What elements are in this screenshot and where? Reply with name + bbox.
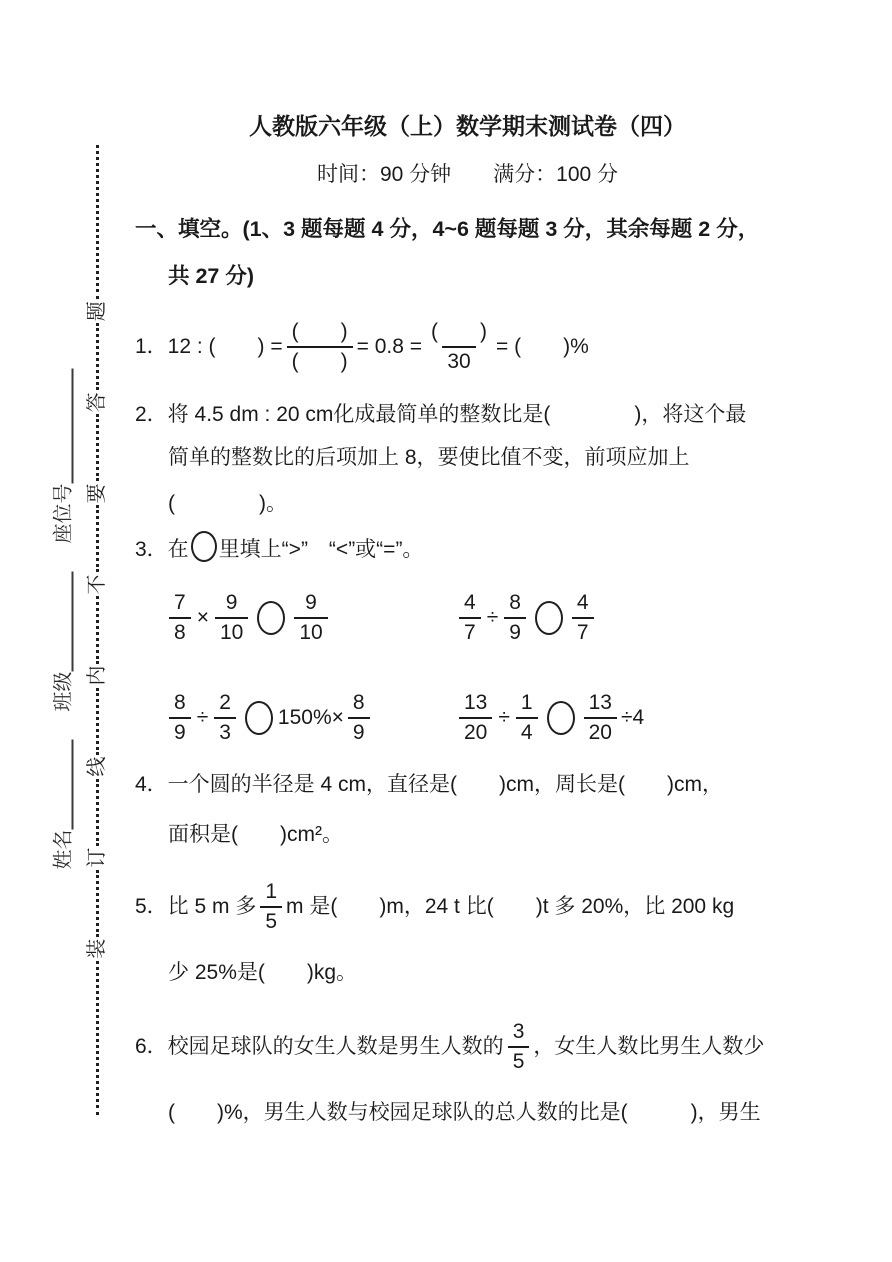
fraction-numerator: 4 [572,591,594,617]
dotted-segment [96,961,99,1115]
fraction-numerator: 4 [459,591,481,617]
question-5-line1: 5．比 5 m 多 1 5 m 是( )m，24 t 比( )t 多 20%，比… [135,876,734,938]
fraction: 1 5 [260,880,282,934]
binding-char: 不 [87,574,107,594]
fraction-numerator: 2 [214,691,236,717]
binding-fields: 姓名 班级 座位号 [50,365,76,870]
operator: ÷ [487,603,499,633]
operator: ÷ [197,703,209,733]
field-label-name: 姓名 [52,830,76,870]
dotted-segment [96,323,99,390]
binding-char: 要 [87,483,107,503]
fraction-denominator: 9 [348,717,370,745]
question-4-line2: 面积是( )cm²。 [168,820,343,850]
fraction-denominator: 5 [508,1046,530,1074]
comparison-item-3: 8 9 ÷ 2 3 150%× 8 9 [165,686,374,750]
class-underline [68,572,74,672]
question-2-line2: 简单的整数比的后项加上 8，要使比值不变，前项应加上 [168,443,690,473]
question-6-line2: ( )%，男生人数与校园足球队的总人数的比是( )，男生 [168,1098,761,1128]
binding-char: 订 [87,848,107,868]
fraction: 9 10 [294,591,327,645]
fraction: 4 7 [459,591,481,645]
q3-stem-post: 里填上“>” “<”或“=”。 [219,535,424,565]
comparison-circle [191,531,217,562]
section-heading-line2: 共 27 分) [168,261,254,292]
dotted-segment [96,779,99,846]
fraction-denominator: 8 [169,617,191,645]
dotted-segment [96,870,99,937]
q6-pre: 6．校园足球队的女生人数是男生人数的 [135,1032,504,1062]
fraction-numerator: ( ) [287,320,353,346]
comparison-circle [547,701,575,735]
fraction-denominator: 20 [584,717,617,745]
binding-char: 装 [87,939,107,959]
comparison-circle [257,601,285,635]
q5-post: m 是( )m，24 t 比( )t 多 20%，比 200 kg [286,892,734,922]
dotted-segment [96,596,99,663]
dotted-segment [96,688,99,755]
exam-page: { "page": {"background": "#ffffff", "tex… [0,0,892,1262]
fraction-denominator: 9 [169,717,191,745]
q1-lead: 1．12 : ( ) = [135,332,283,362]
fraction-denominator: 4 [516,717,538,745]
fraction-denominator: 7 [459,617,481,645]
fraction: 8 9 [169,691,191,745]
fraction-numerator: 7 [169,591,191,617]
question-6-line1: 6．校园足球队的女生人数是男生人数的 3 5 ，女生人数比男生人数少 [135,1016,764,1078]
fraction-numerator: 9 [221,591,243,617]
fraction-numerator: 1 [516,691,538,717]
question-5-line2: 少 25%是( )kg。 [168,958,357,988]
comparison-item-4: 13 20 ÷ 1 4 13 20 ÷4 [455,686,644,750]
name-underline [68,740,74,830]
binding-char: 线 [87,757,107,777]
fraction-numerator: 8 [504,591,526,617]
fraction: 8 9 [348,691,370,745]
question-2-line3: ( )。 [168,489,287,519]
fraction-numerator: 8 [169,691,191,717]
binding-char: 答 [87,392,107,412]
fraction-denominator: 5 [260,906,282,934]
binding-char: 题 [87,301,107,321]
fraction-numerator: 13 [459,691,492,717]
fraction-numerator: 3 [508,1020,530,1046]
question-2-line1: 2．将 4.5 dm : 20 cm化成最简单的整数比是( )，将这个最 [135,400,746,430]
fraction-numerator: 8 [348,691,370,717]
dotted-segment [96,414,99,481]
fraction-denominator: 10 [215,617,248,645]
fraction-denominator: ( ) [287,346,353,374]
fraction-denominator: 20 [459,717,492,745]
fraction: ( ) ( ) [287,320,353,374]
fraction-numerator: ( ) [426,320,492,346]
seat-underline [68,369,74,484]
fraction-numerator: 13 [584,691,617,717]
fraction-denominator: 9 [504,617,526,645]
comparison-item-1: 7 8 × 9 10 9 10 [165,586,332,650]
field-label-seat: 座位号 [52,484,76,544]
binding-char: 内 [87,666,107,686]
comparison-circle [245,701,273,735]
divide-term: ÷4 [621,703,644,733]
fraction: 2 3 [214,691,236,745]
question-4-line1: 4．一个圆的半径是 4 cm，直径是( )cm，周长是( )cm， [135,770,723,800]
fraction-denominator: 30 [442,346,475,374]
fraction-denominator: 3 [214,717,236,745]
operator: ÷ [498,703,510,733]
question-1: 1．12 : ( ) = ( ) ( ) = 0.8 = ( ) 30 = ( … [135,305,589,389]
question-3-stem: 3．在 里填上“>” “<”或“=”。 [135,530,423,570]
time-score-line: 时间：90 分钟 满分：100 分 [135,160,800,190]
page-title: 人教版六年级（上）数学期末测试卷（四） [135,110,800,143]
section-heading-line1: 一、填空。(1、3 题每题 4 分，4~6 题每题 3 分，其余每题 2 分， [135,214,759,245]
fraction: 13 20 [459,691,492,745]
field-label-class: 班级 [52,672,76,712]
fraction: 3 5 [508,1020,530,1074]
percent-term: 150%× [278,703,344,733]
fraction: 4 7 [572,591,594,645]
q5-pre: 5．比 5 m 多 [135,892,256,922]
fraction-denominator: 10 [294,617,327,645]
fraction-denominator: 7 [572,617,594,645]
fraction-numerator: 9 [300,591,322,617]
fraction-numerator: 1 [260,880,282,906]
q1-mid: = 0.8 = [357,332,422,362]
fraction: 1 4 [516,691,538,745]
comparison-circle [535,601,563,635]
fraction: ( ) 30 [426,320,492,374]
fraction: 13 20 [584,691,617,745]
q6-post: ，女生人数比男生人数少 [533,1032,764,1062]
fraction: 9 10 [215,591,248,645]
q3-stem-pre: 3．在 [135,535,189,565]
binding-dotted-line: 装 订 线 内 不 要 答 题 [85,145,109,1115]
dotted-segment [96,145,99,299]
operator: × [197,603,209,633]
q1-tail: = ( )% [496,332,589,362]
fraction: 8 9 [504,591,526,645]
dotted-segment [96,505,99,572]
fraction: 7 8 [169,591,191,645]
comparison-item-2: 4 7 ÷ 8 9 4 7 [455,586,598,650]
